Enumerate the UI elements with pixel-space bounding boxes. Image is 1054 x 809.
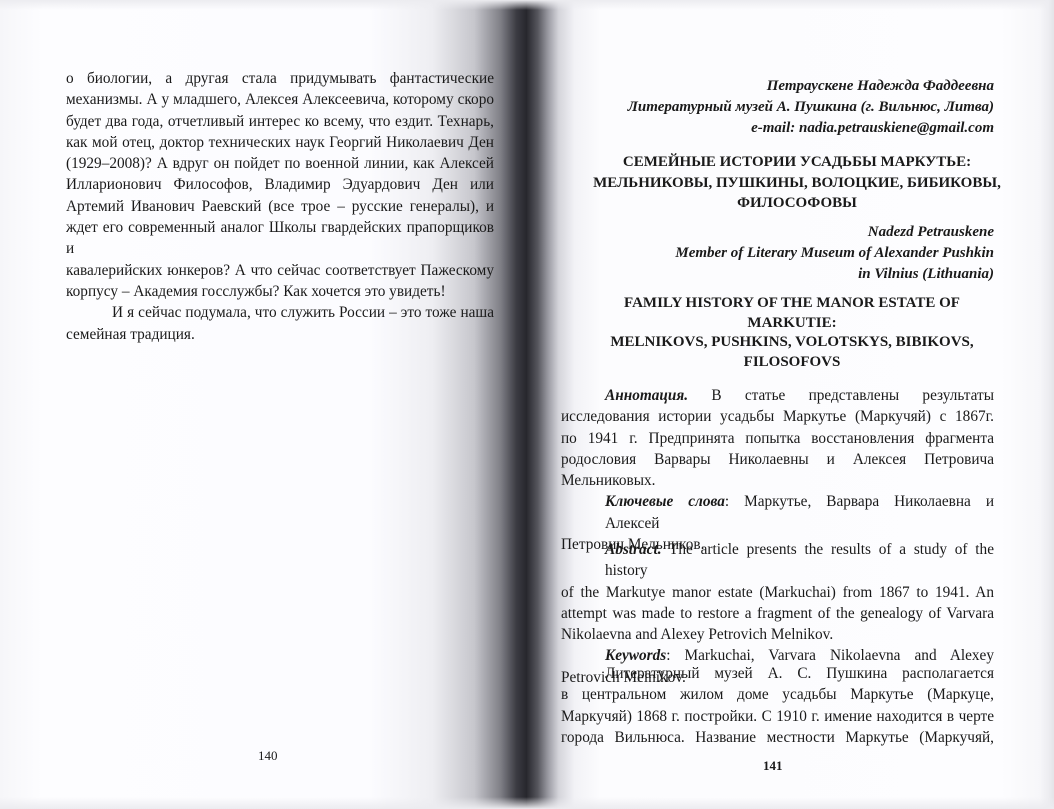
annotation-label: Аннотация.: [605, 387, 688, 404]
text-line: исследования истории усадьбы Маркутье (М…: [561, 406, 994, 427]
text-line: of the Markutye manor estate (Markuchai)…: [561, 582, 994, 603]
title-line: MARKUTIE:: [572, 314, 1012, 334]
text-line: attempt was made to restore a fragment o…: [561, 603, 994, 624]
text-line: как мой отец, доктор технических наук Ге…: [66, 132, 494, 153]
text-line: корпусу – Академия госслужбы? Как хочетс…: [66, 281, 494, 302]
author-affiliation-ru: Литературный музей А. Пушкина (г. Вильню…: [524, 97, 994, 118]
scan-edge-right: [1040, 0, 1054, 809]
text-line: Маркучяй) 1868 г. постройки. С 1910 г. и…: [561, 706, 994, 727]
author-affiliation-en: Member of Literary Museum of Alexander P…: [524, 243, 994, 264]
text-line: будет два года, отчетливый интерес ко вс…: [66, 111, 494, 132]
abstract-label: Abstract.: [605, 541, 662, 558]
body-paragraph: Литературный музей А. С. Пушкина распола…: [561, 663, 994, 748]
text-line: Abstract. The article presents the resul…: [561, 539, 994, 582]
text-line: родословия Варвары Николаевны и Алексея …: [561, 449, 994, 470]
keywords-en-text: : Markuchai, Varvara Nikolaevna and Alex…: [666, 647, 994, 664]
text-line: механизмы. А у младшего, Алексея Алексее…: [66, 89, 494, 110]
text-line: Илларионович Философов, Владимир Эдуардо…: [66, 174, 494, 195]
left-paragraph-2: И я сейчас подумала, что служить России …: [66, 302, 494, 345]
text-line: И я сейчас подумала, что служить России …: [66, 302, 494, 323]
author-ru-block: Петраускене Надежда Фаддеевна Литературн…: [524, 76, 994, 139]
left-page-body: о биологии, а другая стала придумывать ф…: [66, 68, 494, 345]
title-line: МЕЛЬНИКОВЫ, ПУШКИНЫ, ВОЛОЦКИЕ, БИБИКОВЫ,: [582, 173, 1012, 194]
author-name-ru: Петраускене Надежда Фаддеевна: [524, 76, 994, 97]
text-line: (1929–2008)? А вдруг он пойдет по военно…: [66, 153, 494, 174]
text-line: Литературный музей А. С. Пушкина распола…: [561, 663, 994, 684]
text-line: Мельниковых.: [561, 470, 994, 491]
abstract-paragraph: Abstract. The article presents the resul…: [561, 539, 994, 645]
text-line: Аннотация. В статье представлены результ…: [561, 385, 994, 406]
annotation-section: Аннотация. В статье представлены результ…: [561, 385, 994, 555]
title-line: FILOSOFOVS: [572, 353, 1012, 373]
page-number-right: 141: [763, 758, 783, 774]
author-affiliation-en-2: in Vilnius (Lithuania): [524, 264, 994, 285]
left-paragraph-1: о биологии, а другая стала придумывать ф…: [66, 68, 494, 302]
text-line: кавалерийских юнкеров? А что сейчас соот…: [66, 260, 494, 281]
book-spread: о биологии, а другая стала придумывать ф…: [0, 0, 1054, 809]
keywords-en-label: Keywords: [605, 647, 666, 664]
title-line: FAMILY HISTORY OF THE MANOR ESTATE OF: [572, 294, 1012, 314]
annotation-paragraph: Аннотация. В статье представлены результ…: [561, 385, 994, 491]
text-line: ждет его современный аналог Школы гварде…: [66, 217, 494, 260]
scan-edge-top: [0, 0, 1054, 10]
body-text-section: Литературный музей А. С. Пушкина распола…: [561, 663, 994, 748]
title-line: MELNIKOVS, PUSHKINS, VOLOTSKYS, BIBIKOVS…: [572, 333, 1012, 353]
abstract-text: The article presents the results of a st…: [605, 541, 994, 579]
text-line: семейная традиция.: [66, 324, 494, 345]
article-title-en: FAMILY HISTORY OF THE MANOR ESTATE OF MA…: [572, 294, 1012, 372]
page-number-left: 140: [258, 748, 278, 764]
author-name-en: Nadezd Petrauskene: [524, 222, 994, 243]
text-line: Артемий Иванович Раевский (все трое – ру…: [66, 196, 494, 217]
title-line: ФИЛОСОФОВЫ: [582, 193, 1012, 214]
keywords-ru-label: Ключевые слова: [605, 493, 725, 510]
author-en-block: Nadezd Petrauskene Member of Literary Mu…: [524, 222, 994, 285]
annotation-text: В статье представлены результаты: [711, 387, 994, 404]
title-line: СЕМЕЙНЫЕ ИСТОРИИ УСАДЬБЫ МАРКУТЬЕ:: [582, 152, 1012, 173]
scan-edge-bottom: [0, 797, 1054, 809]
text-line: о биологии, а другая стала придумывать ф…: [66, 68, 494, 89]
author-email: e-mail: nadia.petrauskiene@gmail.com: [524, 118, 994, 139]
text-line: города Вильнюса. Название местности Марк…: [561, 727, 994, 748]
text-line: Ключевые слова: Маркутье, Варвара Никола…: [561, 491, 994, 534]
text-line: Nikolaevna and Alexey Petrovich Melnikov…: [561, 624, 994, 645]
article-title-ru: СЕМЕЙНЫЕ ИСТОРИИ УСАДЬБЫ МАРКУТЬЕ: МЕЛЬН…: [582, 152, 1012, 214]
text-line: в центральном жилом доме усадьбы Маркуть…: [561, 684, 994, 705]
text-line: по 1941 г. Предпринята попытка восстанов…: [561, 428, 994, 449]
